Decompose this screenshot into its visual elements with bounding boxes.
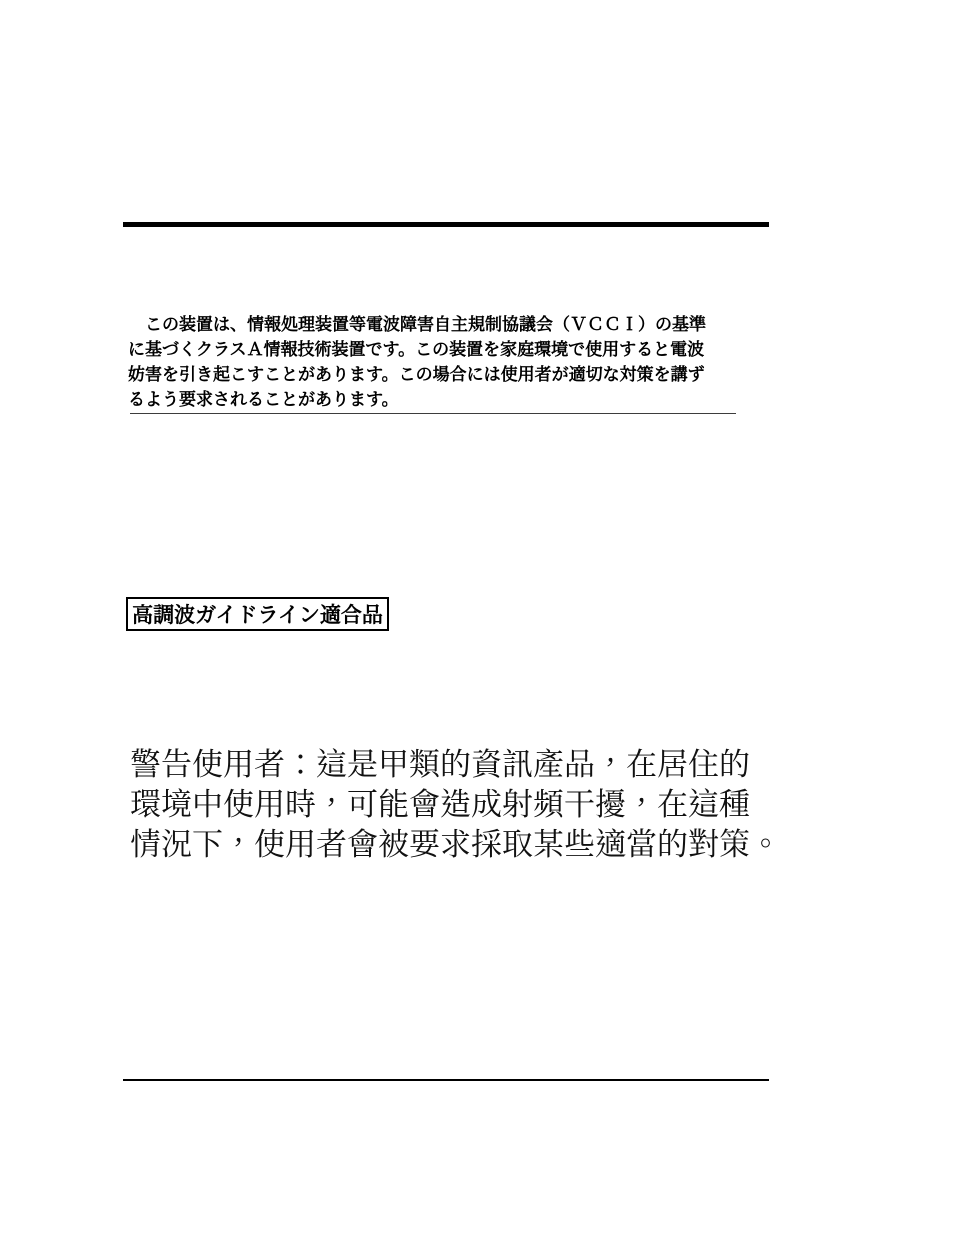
taiwan-warning-line: 情況下，使用者會被要求採取某些適當的對策。 (130, 825, 770, 865)
vcci-class-a-notice: この装置は、情報処理装置等電波障害自主規制協議会（ＶＣＣＩ）の基準 に基づくクラ… (128, 313, 768, 413)
vcci-notice-bottom-rule (130, 413, 736, 414)
harmonics-guideline-box: 高調波ガイドライン適合品 (126, 597, 389, 631)
taiwan-warning-line: 環境中使用時，可能會造成射頻干擾，在這種 (130, 785, 770, 825)
vcci-notice-line: 妨害を引き起こすことがあります。この場合には使用者が適切な対策を講ず (128, 363, 768, 388)
top-section-rule (123, 222, 769, 227)
document-page: この装置は、情報処理装置等電波障害自主規制協議会（ＶＣＣＩ）の基準 に基づくクラ… (0, 0, 954, 1235)
vcci-notice-line: に基づくクラスＡ情報技術装置です。この装置を家庭環境で使用すると電波 (128, 338, 768, 363)
harmonics-guideline-label: 高調波ガイドライン適合品 (132, 599, 383, 629)
vcci-notice-line: るよう要求されることがあります。 (128, 388, 768, 413)
vcci-notice-line: この装置は、情報処理装置等電波障害自主規制協議会（ＶＣＣＩ）の基準 (128, 313, 768, 338)
bottom-section-rule (123, 1079, 769, 1081)
taiwan-warning-line: 警告使用者：這是甲類的資訊產品，在居住的 (130, 745, 770, 785)
taiwan-class-a-warning: 警告使用者：這是甲類的資訊產品，在居住的 環境中使用時，可能會造成射頻干擾，在這… (130, 745, 770, 865)
